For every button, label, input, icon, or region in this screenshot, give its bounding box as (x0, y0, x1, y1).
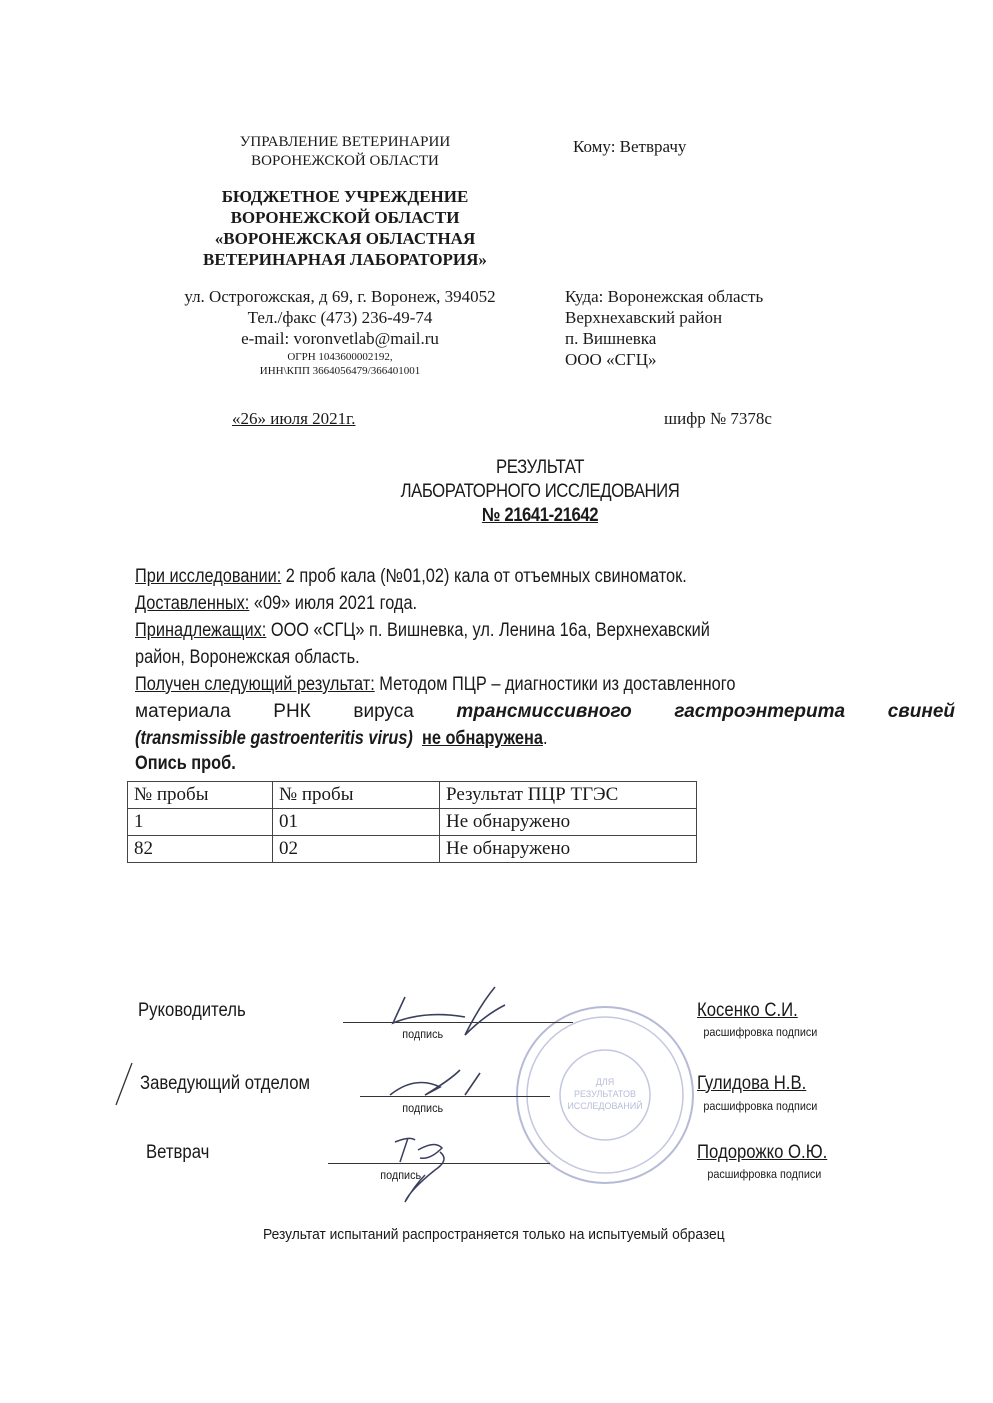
report-number: № 21641-21642 (329, 504, 751, 528)
ogrn: ОГРН 1043600002192, (190, 350, 490, 364)
research-line: При исследовании: 2 проб кала (№01,02) к… (135, 565, 687, 588)
signer-name: Подорожко О.Ю. (697, 1142, 827, 1164)
table-cell: 02 (273, 836, 440, 863)
table-cell: 82 (128, 836, 273, 863)
signature-role: Заведующий отделом (140, 1073, 310, 1095)
result-line-2: материала РНК вируса трансмиссивного гас… (135, 700, 955, 723)
title-line: РЕЗУЛЬТАТ (329, 456, 751, 480)
table-row: 82 02 Не обнаружено (128, 836, 697, 863)
result-line-3: (transmissible gastroenteritis virus) не… (135, 727, 548, 750)
virus-name-word: свиней (888, 700, 955, 723)
result-label: Получен следующий результат: (135, 674, 375, 695)
document-date: «26» июля 2021г. (232, 408, 355, 429)
result-word: РНК (273, 700, 310, 723)
destination-line: п. Вишневка (565, 328, 763, 349)
signature-role: Ветврач (146, 1142, 209, 1164)
probes-table: № пробы № пробы Результат ПЦР ТГЭС 1 01 … (127, 781, 697, 863)
signature-caption: подпись (402, 1101, 443, 1115)
owner-line: Принадлежащих: ООО «СГЦ» п. Вишневка, ул… (135, 619, 710, 642)
delivered-label: Доставленных: (135, 593, 249, 614)
signature-caption: подпись (380, 1168, 421, 1182)
official-stamp-icon: ДЛЯ РЕЗУЛЬТАТОВ ИССЛЕДОВАНИЙ (500, 1000, 710, 1190)
svg-text:ДЛЯ: ДЛЯ (596, 1077, 615, 1087)
slash-mark-icon (112, 1060, 137, 1110)
column-header: № пробы (273, 782, 440, 809)
authority-line: УПРАВЛЕНИЕ ВЕТЕРИНАРИИ (180, 133, 510, 152)
org-line: ВЕТЕРИНАРНАЯ ЛАБОРАТОРИЯ» (160, 249, 530, 270)
column-header: Результат ПЦР ТГЭС (440, 782, 697, 809)
virus-name-word: гастроэнтерита (674, 700, 845, 723)
recipient: Кому: Ветврачу (573, 136, 686, 157)
signature-icon (380, 1065, 500, 1105)
owner-line-2: район, Воронежская область. (135, 646, 360, 669)
table-cell: Не обнаружено (440, 836, 697, 863)
email: e-mail: voronvetlab@mail.ru (140, 328, 540, 349)
phone: Тел./факс (473) 236-49-74 (140, 307, 540, 328)
result-value: Методом ПЦР – диагностики из доставленно… (375, 674, 736, 695)
registration-codes: ОГРН 1043600002192, ИНН\КПП 3664056479/3… (190, 350, 490, 378)
org-line: БЮДЖЕТНОЕ УЧРЕЖДЕНИЕ (160, 186, 530, 207)
signature-caption: подпись (402, 1027, 443, 1041)
destination-line: Верхнехавский район (565, 307, 763, 328)
inn-kpp: ИНН\КПП 3664056479/366401001 (190, 364, 490, 378)
result-word: материала (135, 700, 231, 723)
result-verdict: не обнаружена (422, 728, 543, 749)
organization-name: БЮДЖЕТНОЕ УЧРЕЖДЕНИЕ ВОРОНЕЖСКОЙ ОБЛАСТИ… (160, 186, 530, 270)
research-label: При исследовании: (135, 566, 281, 587)
delivered-line: Доставленных: «09» июля 2021 года. (135, 592, 417, 615)
table-cell: Не обнаружено (440, 809, 697, 836)
column-header: № пробы (128, 782, 273, 809)
signer-name-caption: расшифровка подписи (703, 1099, 817, 1113)
svg-text:РЕЗУЛЬТАТОВ: РЕЗУЛЬТАТОВ (574, 1089, 636, 1099)
research-value: 2 проб кала (№01,02) кала от отъемных св… (281, 566, 687, 587)
owner-value: ООО «СГЦ» п. Вишневка, ул. Ленина 16а, В… (266, 620, 710, 641)
result-line: Получен следующий результат: Методом ПЦР… (135, 673, 735, 696)
org-line: ВОРОНЕЖСКОЙ ОБЛАСТИ (160, 207, 530, 228)
table-header-row: № пробы № пробы Результат ПЦР ТГЭС (128, 782, 697, 809)
title-line: ЛАБОРАТОРНОГО ИССЛЕДОВАНИЯ (329, 480, 751, 504)
probes-caption: Опись проб. (135, 752, 236, 775)
page-title: РЕЗУЛЬТАТ ЛАБОРАТОРНОГО ИССЛЕДОВАНИЯ № 2… (300, 456, 780, 528)
virus-name-word: трансмиссивного (456, 700, 631, 723)
virus-latin-name: (transmissible gastroenteritis virus) (135, 728, 413, 749)
authority-line: ВОРОНЕЖСКОЙ ОБЛАСТИ (180, 152, 510, 171)
destination-line: Куда: Воронежская область (565, 286, 763, 307)
org-line: «ВОРОНЕЖСКАЯ ОБЛАСТНАЯ (160, 228, 530, 249)
address: ул. Острогожская, д 69, г. Воронеж, 3940… (140, 286, 540, 307)
destination: Куда: Воронежская область Верхнехавский … (565, 286, 763, 370)
organization-contacts: ул. Острогожская, д 69, г. Воронеж, 3940… (140, 286, 540, 349)
table-row: 1 01 Не обнаружено (128, 809, 697, 836)
delivered-value: «09» июля 2021 года. (249, 593, 417, 614)
signer-name: Гулидова Н.В. (697, 1073, 806, 1095)
table-cell: 01 (273, 809, 440, 836)
table-cell: 1 (128, 809, 273, 836)
owner-label: Принадлежащих: (135, 620, 266, 641)
authority-heading: УПРАВЛЕНИЕ ВЕТЕРИНАРИИ ВОРОНЕЖСКОЙ ОБЛАС… (180, 133, 510, 171)
result-word: вируса (353, 700, 413, 723)
destination-line: ООО «СГЦ» (565, 349, 763, 370)
signature-role: Руководитель (138, 1000, 246, 1022)
disclaimer: Результат испытаний распространяется тол… (263, 1226, 725, 1243)
period: . (543, 728, 548, 749)
signer-name-caption: расшифровка подписи (703, 1025, 817, 1039)
cipher: шифр № 7378с (664, 408, 772, 429)
signer-name: Косенко С.И. (697, 1000, 798, 1022)
svg-text:ИССЛЕДОВАНИЙ: ИССЛЕДОВАНИЙ (567, 1100, 642, 1111)
signer-name-caption: расшифровка подписи (707, 1167, 821, 1181)
